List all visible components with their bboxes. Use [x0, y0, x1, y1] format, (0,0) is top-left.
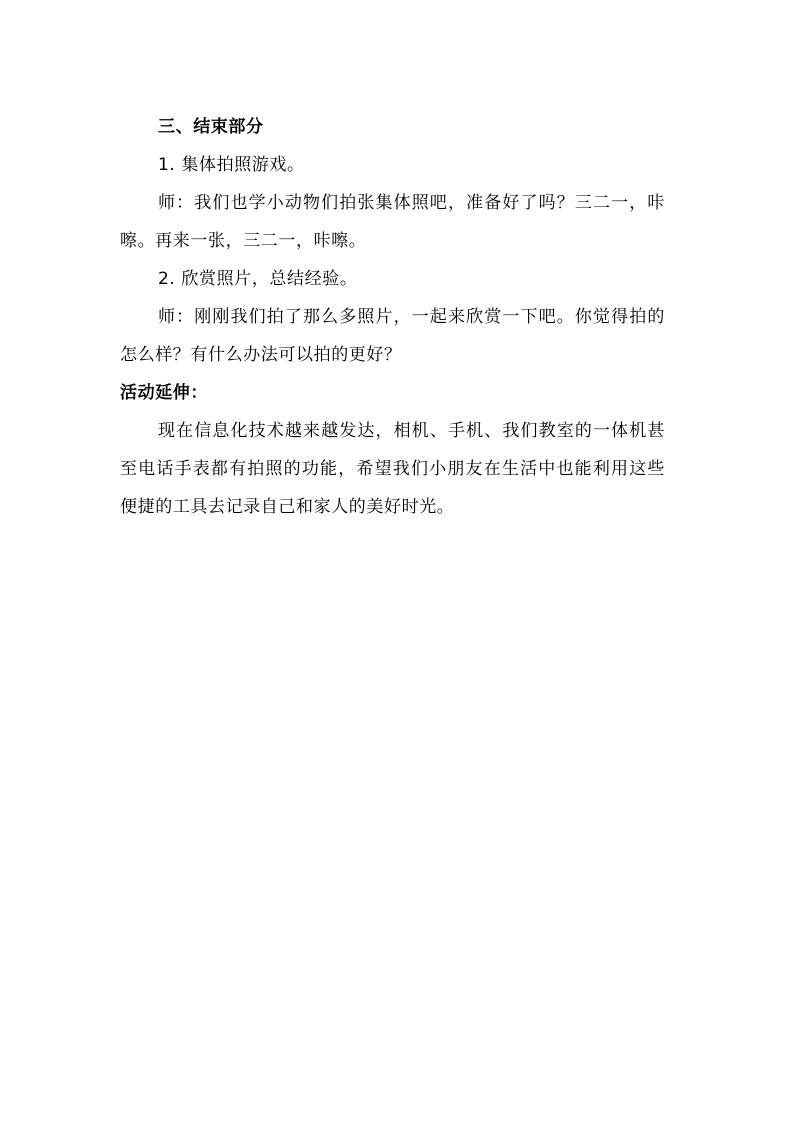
item-paragraph-1: 师：我们也学小动物们拍张集体照吧，准备好了吗？三二一，咔嚓。再来一张，三二一，咔… — [120, 184, 665, 260]
item-title-1: 1. 集体拍照游戏。 — [120, 146, 665, 184]
item-title-2: 2. 欣赏照片，总结经验。 — [120, 260, 665, 298]
extension-paragraph: 现在信息化技术越来越发达，相机、手机、我们教室的一体机甚至电话手表都有拍照的功能… — [120, 412, 665, 526]
extension-heading: 活动延伸： — [120, 374, 665, 412]
document-page: 三、结束部分 1. 集体拍照游戏。 师：我们也学小动物们拍张集体照吧，准备好了吗… — [120, 108, 665, 526]
item-paragraph-2: 师：刚刚我们拍了那么多照片，一起来欣赏一下吧。你觉得拍的怎么样？有什么办法可以拍… — [120, 298, 665, 374]
section-heading: 三、结束部分 — [120, 108, 665, 146]
